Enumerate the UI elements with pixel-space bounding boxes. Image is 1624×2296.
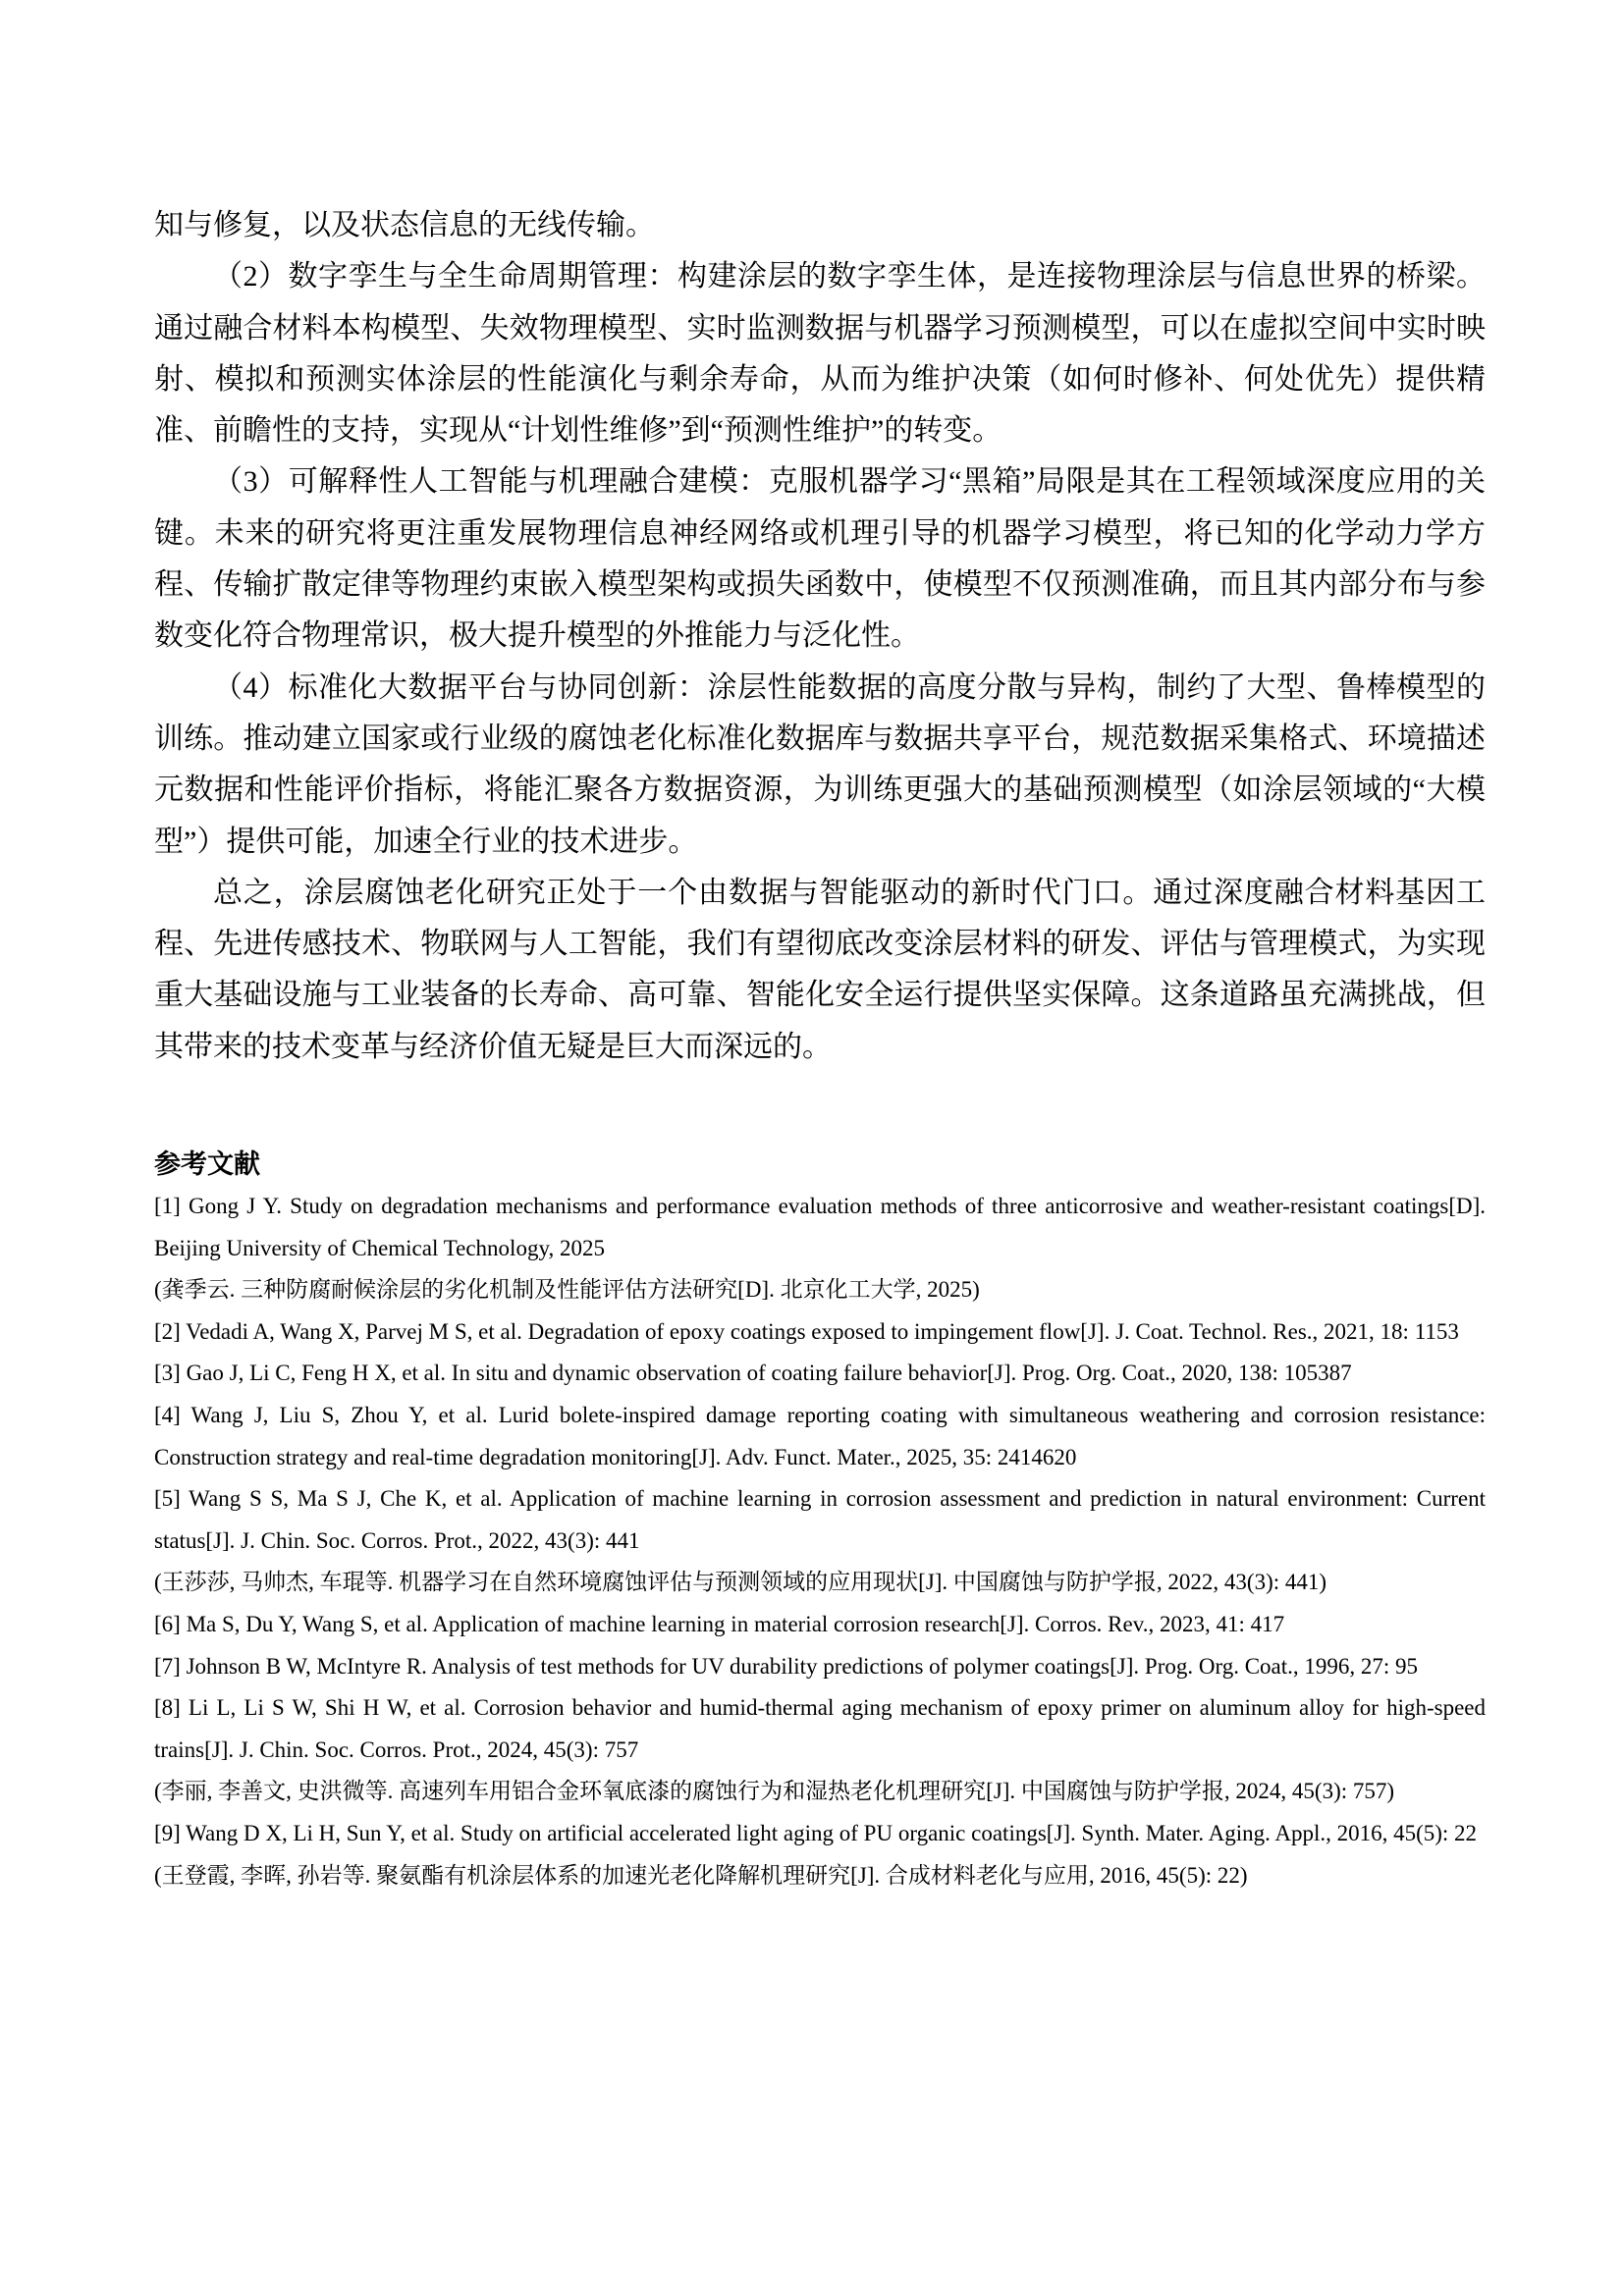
references-list: [1] Gong J Y. Study on degradation mecha…	[154, 1186, 1486, 1896]
body-text-section: 知与修复，以及状态信息的无线传输。 （2）数字孪生与全生命周期管理：构建涂层的数…	[154, 200, 1486, 1073]
page-content: 知与修复，以及状态信息的无线传输。 （2）数字孪生与全生命周期管理：构建涂层的数…	[154, 200, 1486, 1896]
reference-entry-1-en: [1] Gong J Y. Study on degradation mecha…	[154, 1186, 1486, 1269]
paragraph-digital-twin: （2）数字孪生与全生命周期管理：构建涂层的数字孪生体，是连接物理涂层与信息世界的…	[154, 251, 1486, 456]
reference-entry-1-zh: (龚季云. 三种防腐耐候涂层的劣化机制及性能评估方法研究[D]. 北京化工大学,…	[154, 1269, 1486, 1311]
continuation-paragraph: 知与修复，以及状态信息的无线传输。	[154, 200, 1486, 251]
reference-entry-9-en: [9] Wang D X, Li H, Sun Y, et al. Study …	[154, 1813, 1486, 1855]
paragraph-explainable-ai: （3）可解释性人工智能与机理融合建模：克服机器学习“黑箱”局限是其在工程领域深度…	[154, 456, 1486, 662]
paragraph-conclusion: 总之，涂层腐蚀老化研究正处于一个由数据与智能驱动的新时代门口。通过深度融合材料基…	[154, 868, 1486, 1073]
reference-entry-2-en: [2] Vedadi A, Wang X, Parvej M S, et al.…	[154, 1311, 1486, 1354]
document-page: 知与修复，以及状态信息的无线传输。 （2）数字孪生与全生命周期管理：构建涂层的数…	[0, 0, 1624, 2296]
references-heading: 参考文献	[154, 1143, 1486, 1186]
reference-entry-4-en: [4] Wang J, Liu S, Zhou Y, et al. Lurid …	[154, 1395, 1486, 1478]
reference-entry-8-zh: (李丽, 李善文, 史洪微等. 高速列车用铝合金环氧底漆的腐蚀行为和湿热老化机理…	[154, 1771, 1486, 1813]
reference-entry-6-en: [6] Ma S, Du Y, Wang S, et al. Applicati…	[154, 1604, 1486, 1646]
reference-entry-8-en: [8] Li L, Li S W, Shi H W, et al. Corros…	[154, 1687, 1486, 1771]
paragraph-standardized-data-platform: （4）标准化大数据平台与协同创新：涂层性能数据的高度分散与异构，制约了大型、鲁棒…	[154, 663, 1486, 868]
reference-entry-5-zh: (王莎莎, 马帅杰, 车琨等. 机器学习在自然环境腐蚀评估与预测领域的应用现状[…	[154, 1562, 1486, 1604]
reference-entry-9-zh: (王登霞, 李晖, 孙岩等. 聚氨酯有机涂层体系的加速光老化降解机理研究[J].…	[154, 1855, 1486, 1897]
reference-entry-7-en: [7] Johnson B W, McIntyre R. Analysis of…	[154, 1646, 1486, 1688]
reference-entry-5-en: [5] Wang S S, Ma S J, Che K, et al. Appl…	[154, 1478, 1486, 1562]
reference-entry-3-en: [3] Gao J, Li C, Feng H X, et al. In sit…	[154, 1353, 1486, 1395]
